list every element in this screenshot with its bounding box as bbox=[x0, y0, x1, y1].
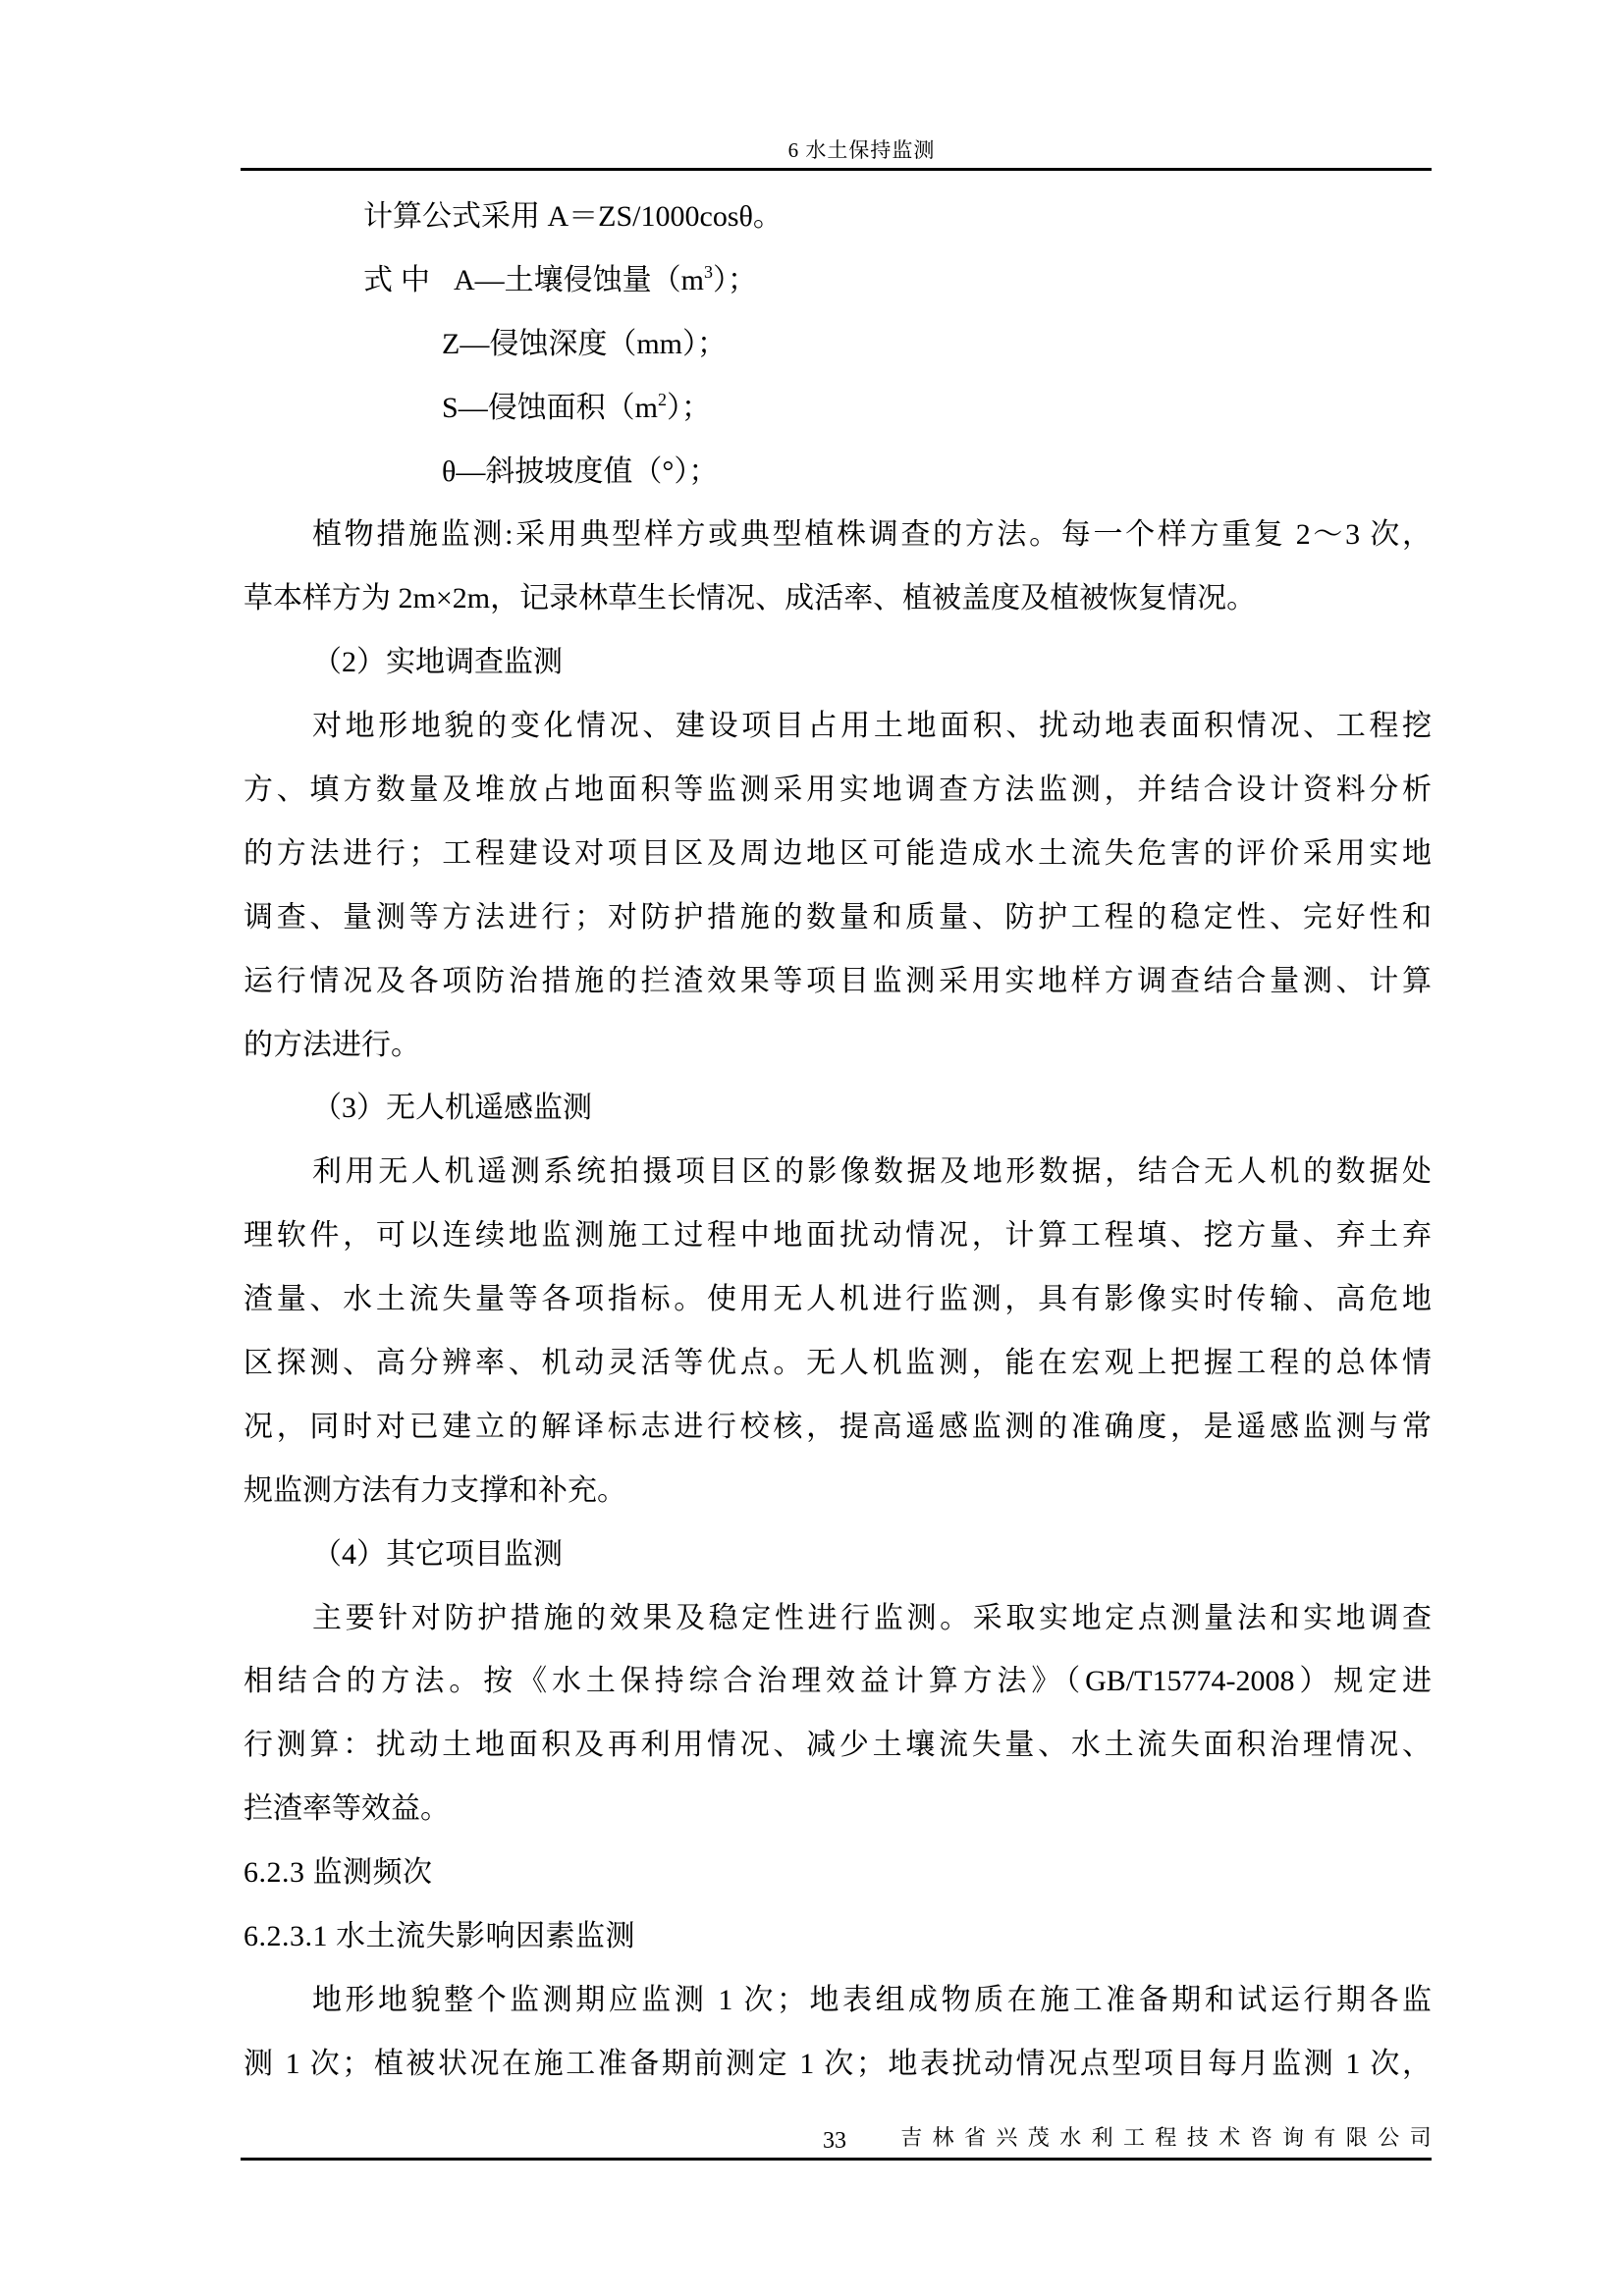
document-page: 6 水土保持监测 计算公式采用 A＝ZS/1000cosθ。 式中A—土壤侵蚀量… bbox=[0, 0, 1624, 2296]
paragraph-other-items: 主要针对防护措施的效果及稳定性进行监测。采取实地定点测量法和实地调查 相结合的方… bbox=[244, 1587, 1432, 1842]
formula-tail: ）； bbox=[667, 392, 711, 424]
paragraph-line: 行测算：扰动土地面积及再利用情况、减少土壤流失量、水土流失面积治理情况、 bbox=[244, 1714, 1432, 1778]
formula-symbol: A bbox=[454, 264, 475, 296]
formula-desc: —土壤侵蚀量（m bbox=[475, 264, 704, 296]
formula-item-theta: θ—斜披坡度值（°）； bbox=[244, 441, 1432, 505]
paragraph-line: 调查、量测等方法进行；对防护措施的数量和质量、防护工程的稳定性、完好性和 bbox=[244, 886, 1432, 950]
paragraph-line: 的方法进行。 bbox=[244, 1014, 1432, 1078]
formula-tail: ）； bbox=[713, 264, 757, 296]
chapter-title: 6 水土保持监测 bbox=[788, 138, 936, 162]
paragraph-line: 利用无人机遥测系统拍摄项目区的影像数据及地形数据，结合无人机的数据处 bbox=[244, 1141, 1432, 1204]
paragraph-line: 主要针对防护措施的效果及稳定性进行监测。采取实地定点测量法和实地调查 bbox=[244, 1587, 1432, 1651]
page-body: 计算公式采用 A＝ZS/1000cosθ。 式中A—土壤侵蚀量（m3）； Z—侵… bbox=[244, 186, 1432, 2097]
formula-superscript: 2 bbox=[658, 390, 667, 409]
formula-symbol: Z bbox=[442, 328, 460, 360]
formula-item-z: Z—侵蚀深度（mm）； bbox=[244, 313, 1432, 377]
subheading-field-survey: （2）实地调查监测 bbox=[244, 631, 1432, 695]
paragraph-line: 况，同时对已建立的解译标志进行校核，提高遥感监测的准确度，是遥感监测与常 bbox=[244, 1396, 1432, 1460]
formula-desc: —侵蚀面积（m bbox=[459, 392, 658, 424]
paragraph-line: 规监测方法有力支撑和补充。 bbox=[244, 1460, 1432, 1523]
paragraph-line: 渣量、水土流失量等各项指标。使用无人机进行监测，具有影像实时传输、高危地 bbox=[244, 1268, 1432, 1332]
paragraph-line: 植物措施监测:采用典型样方或典型植株调查的方法。每一个样方重复 2～3 次， bbox=[244, 504, 1432, 567]
running-header: 6 水土保持监测 bbox=[241, 133, 1432, 167]
paragraph-line: 草本样方为 2m×2m，记录林草生长情况、成活率、植被盖度及植被恢复情况。 bbox=[244, 567, 1432, 631]
formula-intro: 计算公式采用 A＝ZS/1000cosθ。 bbox=[244, 186, 1432, 249]
paragraph-line: 的方法进行；工程建设对项目区及周边地区可能造成水土流失危害的评价采用实地 bbox=[244, 823, 1432, 886]
formula-symbol: θ bbox=[442, 455, 456, 488]
paragraph-line: 方、填方数量及堆放占地面积等监测采用实地调查方法监测，并结合设计资料分析 bbox=[244, 759, 1432, 823]
subheading-uav-remote-sensing: （3）无人机遥感监测 bbox=[244, 1077, 1432, 1141]
formula-desc: —侵蚀深度（mm）； bbox=[460, 328, 727, 360]
formula-where-label: 式中 bbox=[363, 264, 438, 296]
header-rule bbox=[241, 168, 1432, 171]
formula-superscript: 3 bbox=[704, 262, 713, 282]
paragraph-line: 地形地貌整个监测期应监测 1 次；地表组成物质在施工准备期和试运行期各监 bbox=[244, 1969, 1432, 2033]
formula-desc: —斜披坡度值（°）； bbox=[456, 455, 718, 488]
footer-company-name: 吉林省兴茂水利工程技术咨询有限公司 bbox=[900, 2123, 1441, 2153]
page-number: 33 bbox=[823, 2126, 846, 2156]
paragraph-plant-measures: 植物措施监测:采用典型样方或典型植株调查的方法。每一个样方重复 2～3 次， 草… bbox=[244, 504, 1432, 631]
paragraph-line: 对地形地貌的变化情况、建设项目占用土地面积、扰动地表面积情况、工程挖 bbox=[244, 695, 1432, 759]
paragraph-uav-remote-sensing: 利用无人机遥测系统拍摄项目区的影像数据及地形数据，结合无人机的数据处 理软件，可… bbox=[244, 1141, 1432, 1522]
paragraph-line: 运行情况及各项防治措施的拦渣效果等项目监测采用实地样方调查结合量测、计算 bbox=[244, 950, 1432, 1014]
section-heading-6-2-3: 6.2.3 监测频次 bbox=[244, 1842, 1432, 1905]
paragraph-line: 测 1 次；植被状况在施工准备期前测定 1 次；地表扰动情况点型项目每月监测 1… bbox=[244, 2033, 1432, 2097]
paragraph-line: 拦渣率等效益。 bbox=[244, 1778, 1432, 1842]
paragraph-line: 理软件，可以连续地监测施工过程中地面扰动情况，计算工程填、挖方量、弃土弃 bbox=[244, 1204, 1432, 1268]
section-heading-6-2-3-1: 6.2.3.1 水土流失影响因素监测 bbox=[244, 1905, 1432, 1969]
subheading-other-items: （4）其它项目监测 bbox=[244, 1523, 1432, 1587]
paragraph-monitoring-frequency: 地形地貌整个监测期应监测 1 次；地表组成物质在施工准备期和试运行期各监 测 1… bbox=[244, 1969, 1432, 2097]
paragraph-line: 相结合的方法。按《水土保持综合治理效益计算方法》（GB/T15774-2008）… bbox=[244, 1650, 1432, 1714]
paragraph-line: 区探测、高分辨率、机动灵活等优点。无人机监测，能在宏观上把握工程的总体情 bbox=[244, 1332, 1432, 1396]
paragraph-field-survey: 对地形地貌的变化情况、建设项目占用土地面积、扰动地表面积情况、工程挖 方、填方数… bbox=[244, 695, 1432, 1077]
footer-rule bbox=[241, 2158, 1432, 2161]
formula-item-a: 式中A—土壤侵蚀量（m3）； bbox=[244, 249, 1432, 313]
formula-symbol: S bbox=[442, 392, 459, 424]
formula-item-s: S—侵蚀面积（m2）； bbox=[244, 377, 1432, 441]
